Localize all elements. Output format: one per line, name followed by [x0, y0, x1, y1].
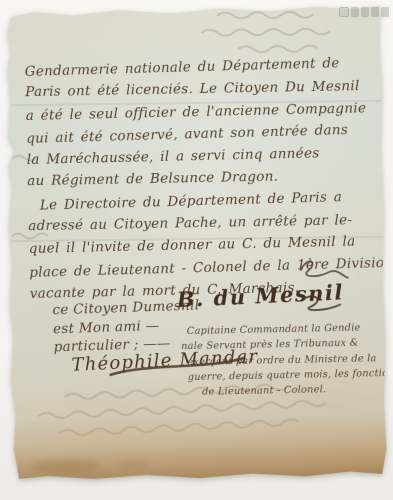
watermark-glyph: [381, 7, 389, 17]
bottom-stain: [10, 414, 388, 483]
watermark-icon: [339, 7, 349, 17]
watermark-glyph: [371, 7, 379, 17]
photographed-letter: Gendarmerie nationale du Département de …: [5, 4, 388, 483]
signer-credentials: Capitaine Commandant la Gendie nale Serv…: [187, 320, 393, 401]
credentials-line: de Lieutenant - Colonel.: [202, 381, 393, 400]
manuscript-paper: Gendarmerie nationale du Département de …: [5, 4, 388, 483]
watermark: [339, 7, 389, 17]
watermark-glyph: [351, 7, 359, 17]
letter-body: Gendarmerie nationale du Département de …: [24, 52, 381, 305]
watermark-glyph: [361, 7, 369, 17]
